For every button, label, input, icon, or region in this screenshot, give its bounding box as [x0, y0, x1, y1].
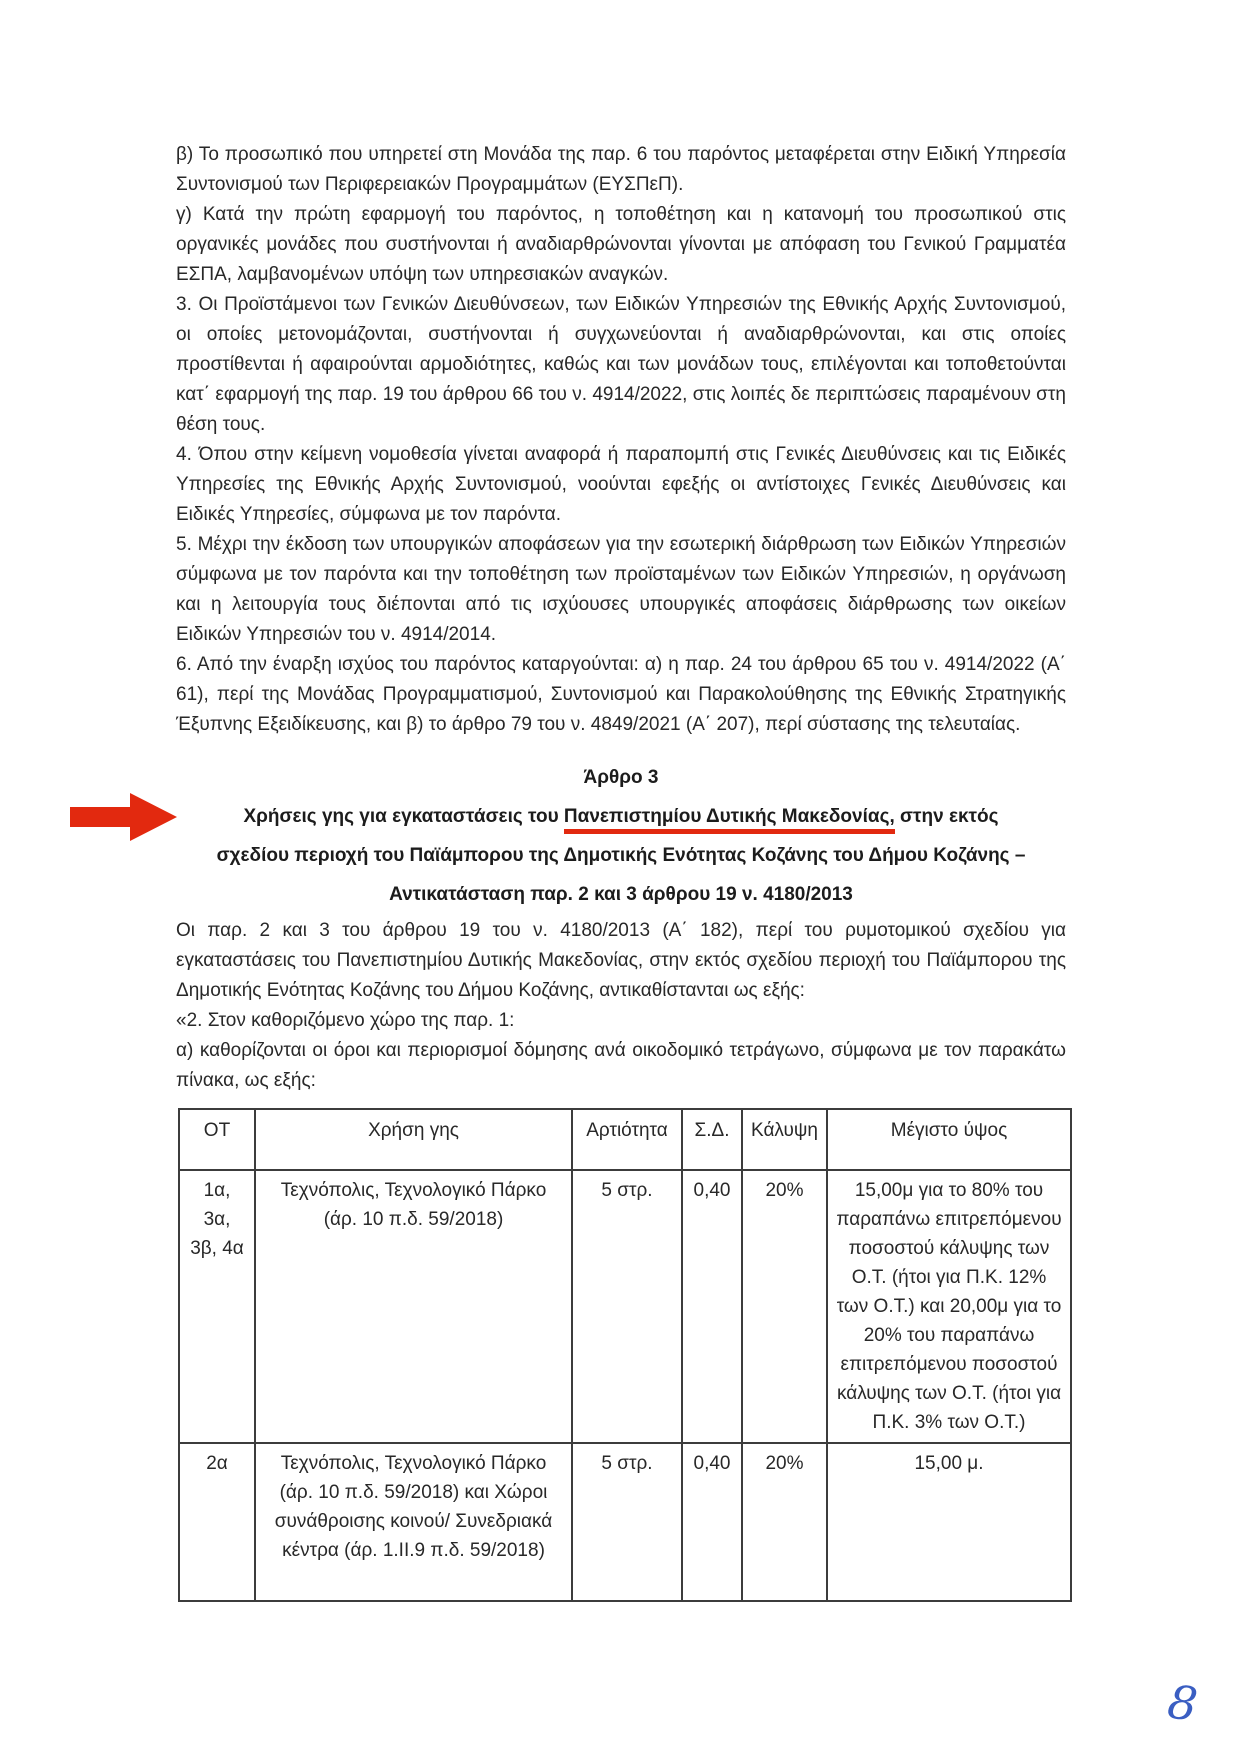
article-3-subtitle-line-2: σχεδίου περιοχή του Παϊάμπορου της Δημοτ…: [176, 836, 1066, 875]
building-terms-table: ΟΤ Χρήση γης Αρτιότητα Σ.Δ. Κάλυψη Μέγισ…: [178, 1108, 1072, 1602]
table-cell-building-ratio: 0,40: [682, 1170, 742, 1443]
column-header-land-use: Χρήση γης: [255, 1109, 572, 1170]
table-header-row: ΟΤ Χρήση γης Αρτιότητα Σ.Δ. Κάλυψη Μέγισ…: [179, 1109, 1071, 1170]
table-cell-plot-size: 5 στρ.: [572, 1170, 682, 1443]
paragraph-quote-2a: α) καθορίζονται οι όροι και περιορισμοί …: [176, 1036, 1066, 1096]
article-3-subtitle-line-1: Χρήσεις γης για εγκαταστάσεις του Πανεπι…: [176, 797, 1066, 836]
scanned-document-page: β) Το προσωπικό που υπηρετεί στη Μονάδα …: [0, 0, 1242, 1755]
subtitle-text: Χρήσεις γης για εγκαταστάσεις του: [243, 806, 563, 827]
subtitle-underlined-text: Πανεπιστημίου Δυτικής Μακεδονίας,: [564, 806, 895, 834]
paragraph-amendment-intro: Οι παρ. 2 και 3 του άρθρου 19 του ν. 418…: [176, 916, 1066, 1006]
table-cell-coverage: 20%: [742, 1443, 827, 1601]
table-cell-ot: 1α, 3α, 3β, 4α: [179, 1170, 255, 1443]
red-arrow-annotation-icon: [70, 792, 178, 842]
table-cell-building-ratio: 0,40: [682, 1443, 742, 1601]
paragraph-4: 4. Όπου στην κείμενη νομοθεσία γίνεται α…: [176, 440, 1066, 530]
paragraph-gamma: γ) Κατά την πρώτη εφαρμογή του παρόντος,…: [176, 200, 1066, 290]
article-3-body: Οι παρ. 2 και 3 του άρθρου 19 του ν. 418…: [176, 916, 1066, 1096]
handwritten-page-number: 8: [1165, 1674, 1201, 1731]
table-cell-ot: 2α: [179, 1443, 255, 1601]
table-cell-land-use: Τεχνόπολις, Τεχνολογικό Πάρκο (άρ. 10 π.…: [255, 1170, 572, 1443]
table-cell-plot-size: 5 στρ.: [572, 1443, 682, 1601]
column-header-coverage: Κάλυψη: [742, 1109, 827, 1170]
table-cell-max-height: 15,00μ για το 80% του παραπάνω επιτρεπόμ…: [827, 1170, 1071, 1443]
column-header-building-ratio: Σ.Δ.: [682, 1109, 742, 1170]
column-header-plot-size: Αρτιότητα: [572, 1109, 682, 1170]
paragraph-quote-2: «2. Στον καθοριζόμενο χώρο της παρ. 1:: [176, 1006, 1066, 1036]
subtitle-text: στην εκτός: [895, 806, 999, 827]
table-row: 1α, 3α, 3β, 4α Τεχνόπολις, Τεχνολογικό Π…: [179, 1170, 1071, 1443]
column-header-ot: ΟΤ: [179, 1109, 255, 1170]
article-3-subtitle-line-3: Αντικατάσταση παρ. 2 και 3 άρθρου 19 ν. …: [176, 875, 1066, 914]
table-cell-max-height: 15,00 μ.: [827, 1443, 1071, 1601]
paragraph-beta: β) Το προσωπικό που υπηρετεί στη Μονάδα …: [176, 140, 1066, 200]
article-3-heading: Άρθρο 3 Χρήσεις γης για εγκαταστάσεις το…: [176, 758, 1066, 914]
document-body: β) Το προσωπικό που υπηρετεί στη Μονάδα …: [176, 140, 1066, 1602]
paragraph-3: 3. Οι Προϊστάμενοι των Γενικών Διευθύνσε…: [176, 290, 1066, 440]
table-cell-coverage: 20%: [742, 1170, 827, 1443]
column-header-max-height: Μέγιστο ύψος: [827, 1109, 1071, 1170]
table-row: 2α Τεχνόπολις, Τεχνολογικό Πάρκο (άρ. 10…: [179, 1443, 1071, 1601]
article-3-title: Άρθρο 3: [176, 758, 1066, 797]
paragraph-6: 6. Από την έναρξη ισχύος του παρόντος κα…: [176, 650, 1066, 740]
paragraph-5: 5. Μέχρι την έκδοση των υπουργικών αποφά…: [176, 530, 1066, 650]
table-cell-land-use: Τεχνόπολις, Τεχνολογικό Πάρκο (άρ. 10 π.…: [255, 1443, 572, 1601]
